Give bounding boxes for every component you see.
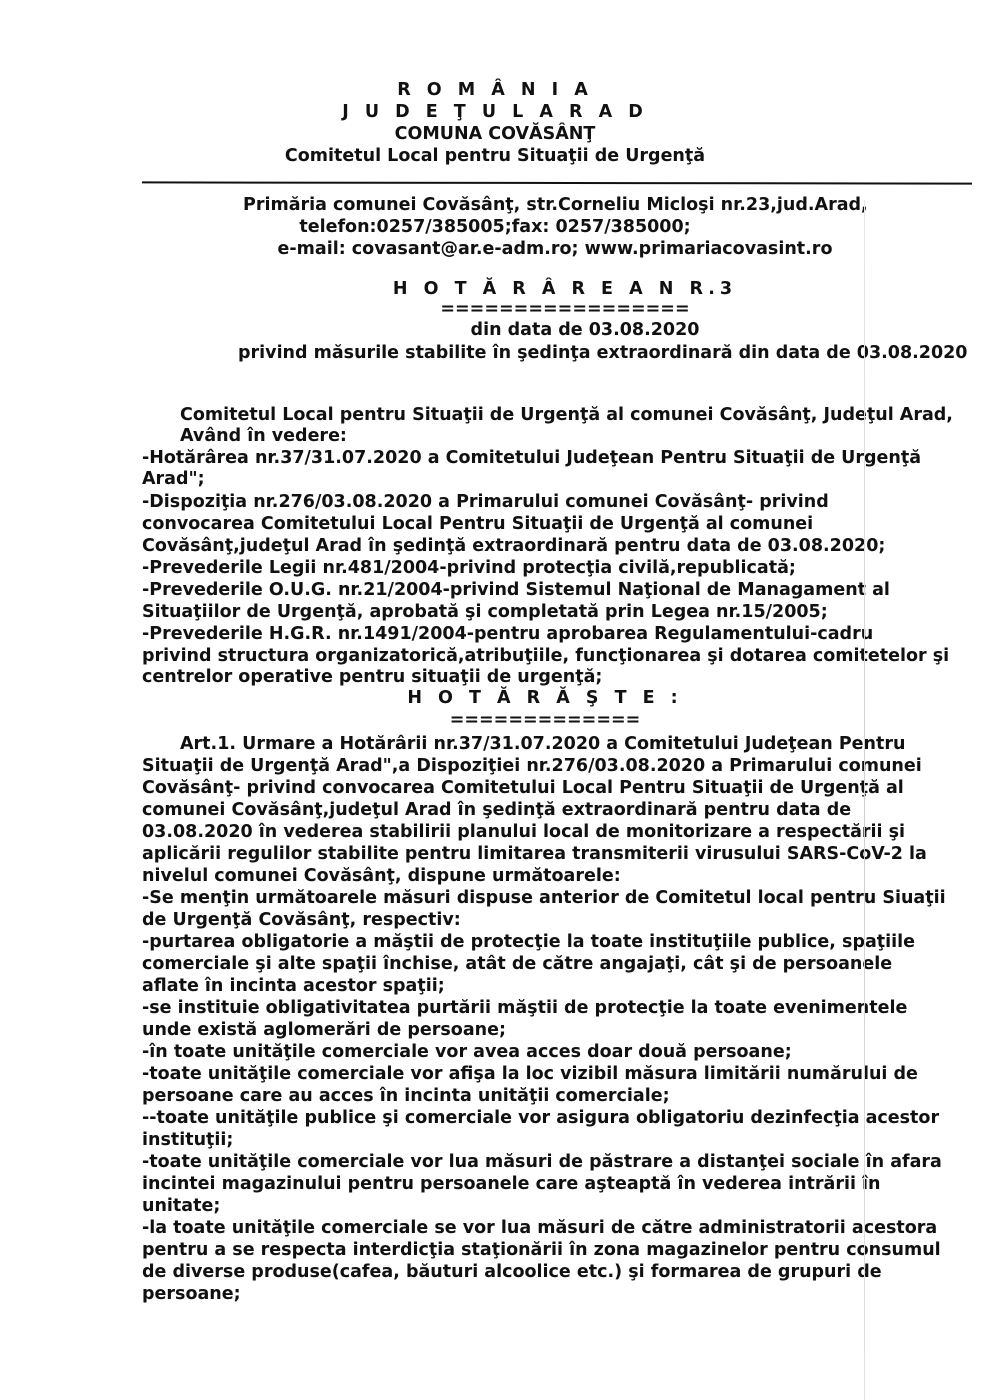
article-line: aplicării regulilor stabilite pentru lim… (142, 844, 927, 864)
article-line: Covăsânţ- privind convocarea Comitetului… (142, 778, 904, 798)
decision-date: din data de 03.08.2020 (0, 320, 990, 340)
article-line: comunei Covăsânţ,judeţul Arad în şedinţă… (142, 800, 851, 820)
article-line: 03.08.2020 în vederea stabilirii planulu… (142, 822, 905, 842)
preamble-line: -Dispoziţia nr.276/03.08.2020 a Primarul… (142, 492, 829, 512)
article-line: nivelul comunei Covăsânţ, dispune următo… (142, 866, 621, 886)
article-line: incintei magazinului pentru persoanele c… (142, 1174, 881, 1194)
article-line: instituţii; (142, 1130, 233, 1150)
contact-address: Primăria comunei Covăsânţ, str.Corneliu … (243, 195, 868, 215)
preamble-line: Covăsânţ,judeţul Arad în şedinţă extraor… (142, 536, 885, 556)
preamble-line: Comitetul Local pentru Situaţii de Urgen… (180, 405, 953, 425)
decision-title: H O T Ă R Â R E A N R.3 (0, 279, 990, 299)
preamble-line: Având în vedere: (180, 426, 347, 446)
preamble-line: -Prevederile H.G.R. nr.1491/2004-pentru … (142, 624, 873, 644)
preamble-line: Arad"; (142, 469, 205, 489)
article-line: aflate în incinta acestor spaţii; (142, 976, 445, 996)
preamble-line: centrelor operative pentru situaţii de u… (142, 667, 602, 687)
contact-phone-fax: telefon:0257/385005;fax: 0257/385000; (0, 217, 990, 237)
document-page: R O M Â N I A J U D E Ţ U L A R A D COMU… (0, 0, 990, 1400)
header-country: R O M Â N I A (0, 80, 990, 100)
article-line: unitate; (142, 1196, 220, 1216)
article-line: -toate unităţile comerciale vor afişa la… (142, 1064, 918, 1084)
article-line: de Urgenţă Covăsânţ, respectiv: (142, 910, 461, 930)
article-line: -Se menţin următoarele măsuri dispuse an… (142, 888, 946, 908)
article-line: pentru a se respecta interdicţia staţion… (142, 1240, 941, 1260)
page-fold-line (864, 200, 865, 1400)
preamble-line: -Hotărârea nr.37/31.07.2020 a Comitetulu… (142, 448, 921, 468)
preamble-line: Situaţiilor de Urgenţă, aprobată şi comp… (142, 602, 828, 622)
preamble-line: -Prevederile Legii nr.481/2004-privind p… (142, 558, 796, 578)
contact-email-web: e-mail: covasant@ar.e-adm.ro; www.primar… (0, 239, 990, 259)
article-line: persoane; (142, 1284, 241, 1304)
article-line: Art.1. Urmare a Hotărârii nr.37/31.07.20… (180, 734, 905, 754)
header-divider (142, 181, 972, 184)
decision-underline: ============= (0, 710, 990, 730)
decision-heading: H O T Ă R Ă Ş T E : (0, 688, 990, 708)
preamble-line: convocarea Comitetului Local Pentru Situ… (142, 514, 813, 534)
article-line: -la toate unităţile comerciale se vor lu… (142, 1218, 937, 1238)
article-line: Situaţii de Urgenţă Arad",a Dispoziţiei … (142, 756, 922, 776)
article-line: de diverse produse(cafea, băuturi alcool… (142, 1262, 882, 1282)
header-commune: COMUNA COVĂSÂNŢ (0, 124, 990, 144)
title-underline: ================= (0, 299, 990, 319)
article-line: -se instituie obligativitatea purtării m… (142, 998, 907, 1018)
article-line: -în toate unităţile comerciale vor avea … (142, 1042, 792, 1062)
article-line: -purtarea obligatorie a măştii de protec… (142, 932, 915, 952)
article-line: comerciale şi alte spaţii închise, atât … (142, 954, 892, 974)
header-county: J U D E Ţ U L A R A D (0, 102, 990, 122)
article-line: --toate unităţile publice şi comerciale … (142, 1108, 939, 1128)
header-committee: Comitetul Local pentru Situaţii de Urgen… (0, 146, 990, 166)
article-line: -toate unităţile comerciale vor lua măsu… (142, 1152, 942, 1172)
decision-subject: privind măsurile stabilite în şedinţa ex… (238, 343, 968, 363)
preamble-line: -Prevederile O.U.G. nr.21/2004-privind S… (142, 580, 890, 600)
article-line: unde există aglomerări de persoane; (142, 1020, 506, 1040)
article-line: persoane care au acces în incinta unităţ… (142, 1086, 670, 1106)
preamble-line: privind structura organizatorică,atribuţ… (142, 646, 949, 666)
